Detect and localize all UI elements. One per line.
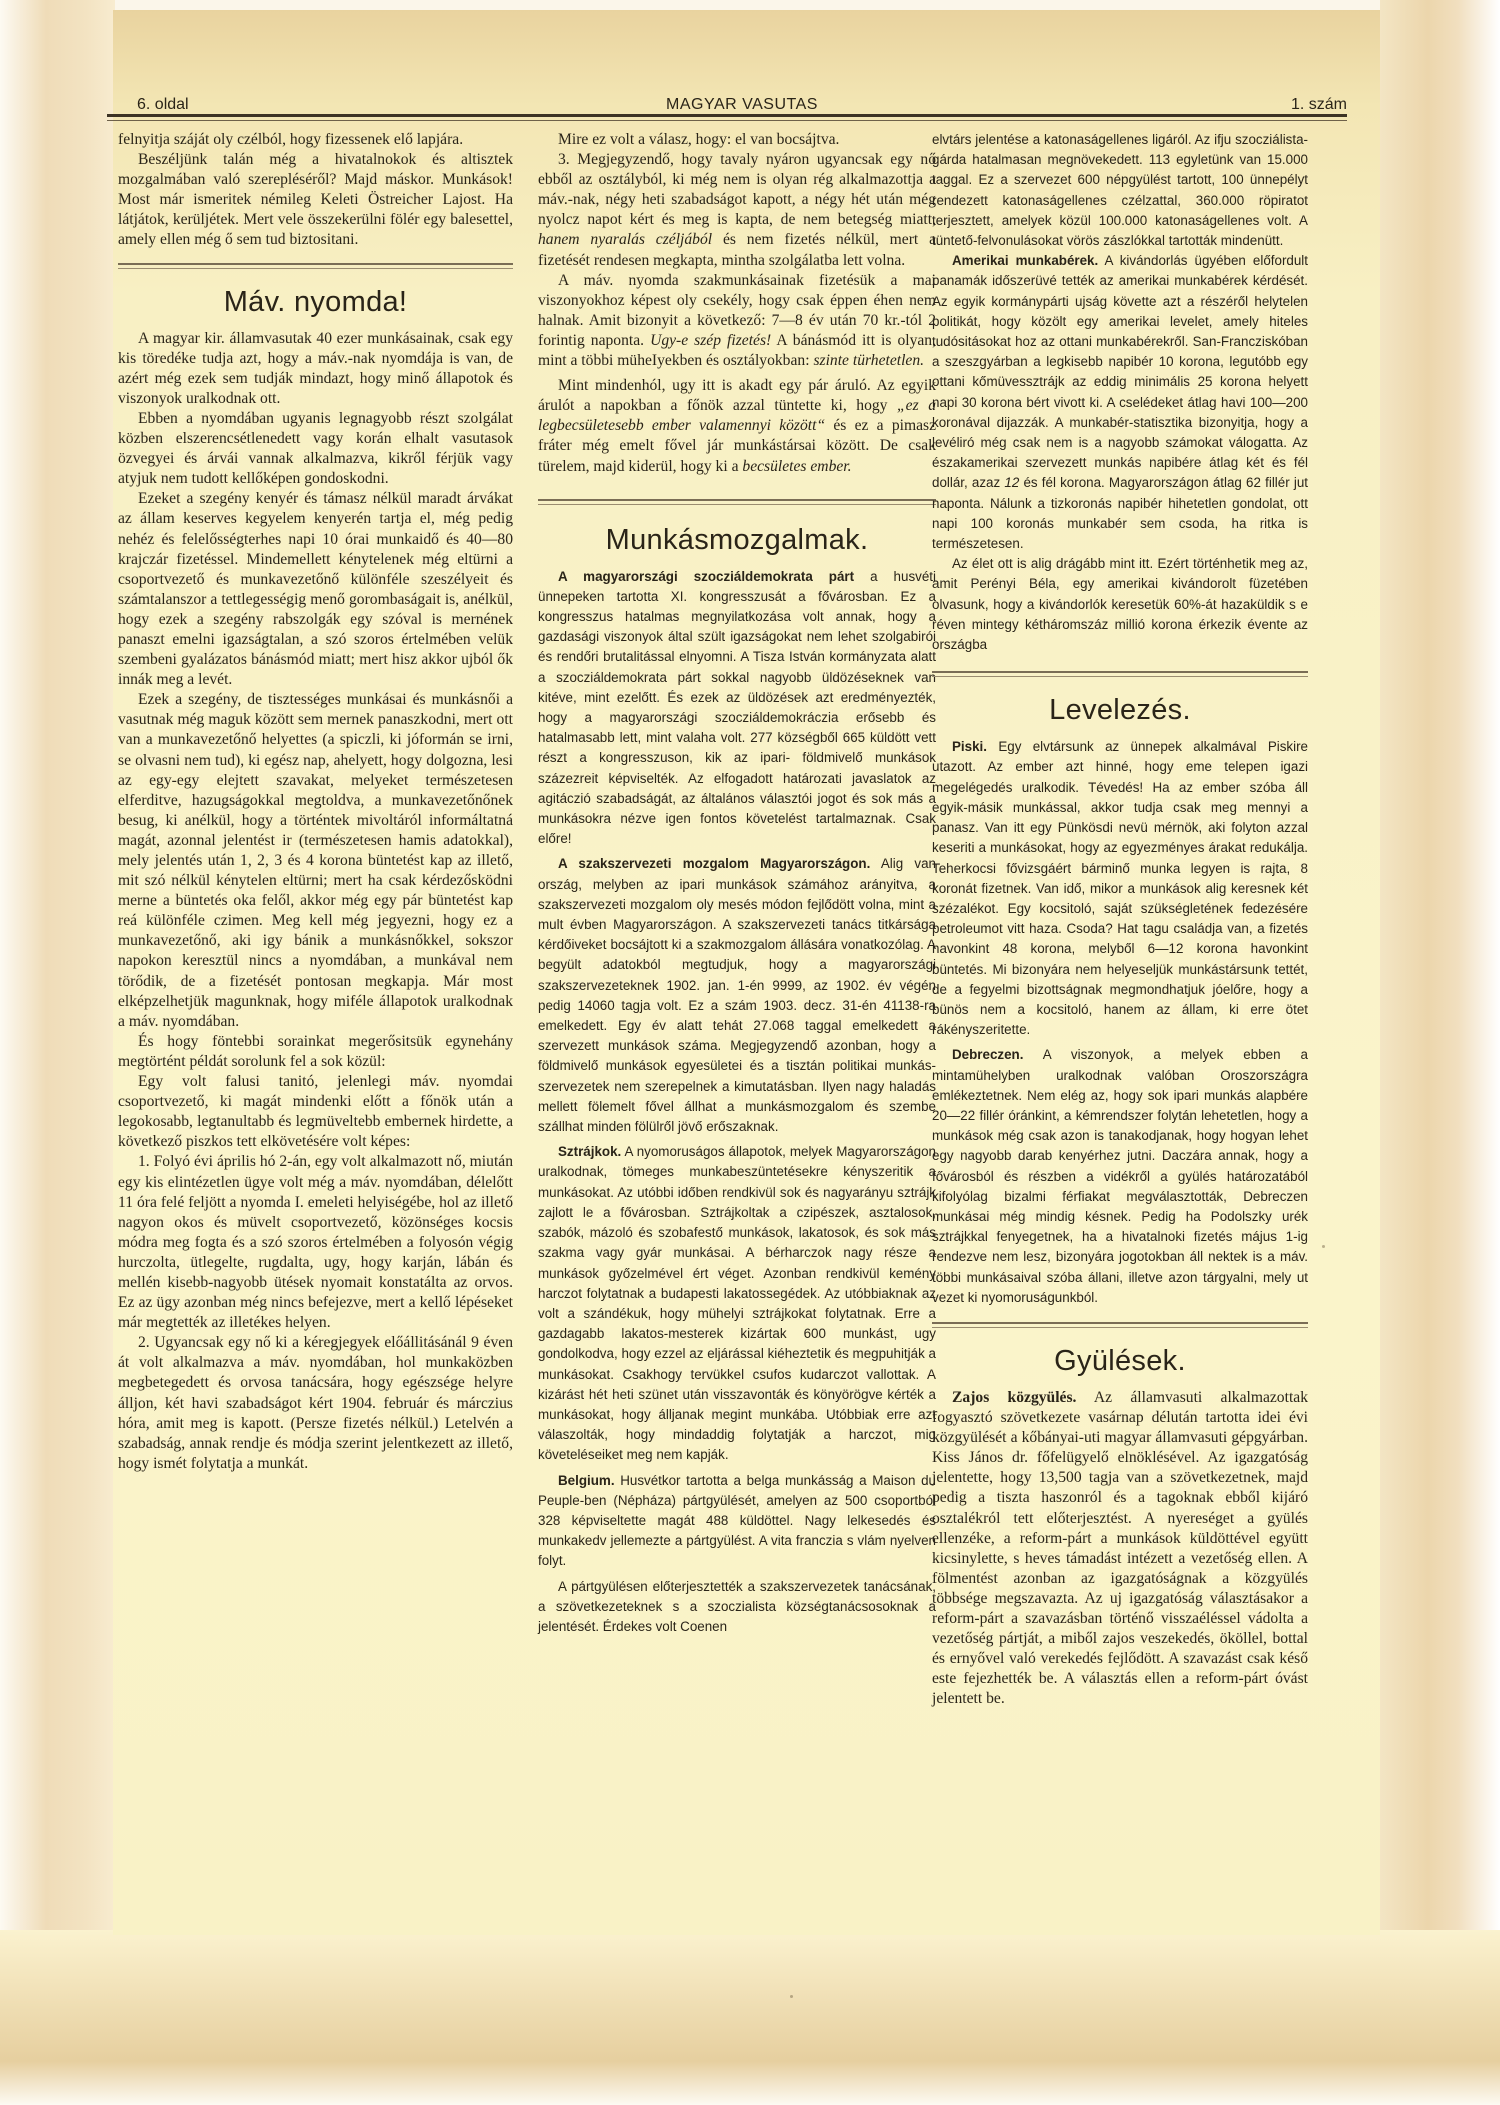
italic-text: Ugy-e szép fizetés! <box>650 332 771 349</box>
paragraph: Sztrájkok. A nyomoruságos állapotok, mel… <box>538 1142 936 1465</box>
meetings-body: Zajos közgyülés. Az államvasuti alkalmaz… <box>932 1388 1308 1710</box>
paragraph: Belgium. Husvétkor tartotta a belga munk… <box>538 1471 936 1572</box>
text: Egy elvtársunk az ünnepek alkalmával Pis… <box>932 739 1308 1037</box>
paragraph: A szakszervezeti mozgalom Magyarországon… <box>538 854 936 1137</box>
paragraph: A máv. nyomda szakmunkásainak fizetésük … <box>538 271 936 371</box>
column-2: Mire ez volt a válasz, hogy: el van bocs… <box>538 130 936 1637</box>
text: a husvéti ünnepeken tartotta XI. kongres… <box>538 569 936 847</box>
column-1: felnyitja száját oly czélból, hogy fizes… <box>118 130 513 1474</box>
italic-text: szinte türhetetlen. <box>813 352 924 369</box>
text: Mint mindenhól, ugy itt is akadt egy pár… <box>538 377 936 414</box>
paragraph: A magyar kir. államvasutak 40 ezer munká… <box>118 329 513 409</box>
paragraph: 1. Folyó évi április hó 2-án, egy volt a… <box>118 1152 513 1333</box>
labor-movements-body: A magyarországi szocziáldemokrata párt a… <box>538 567 936 1638</box>
page-header: 6. oldal MAGYAR VASUTAS 1. szám <box>137 88 1347 114</box>
text: Alig van ország, melyben az ipari munkás… <box>538 856 936 1134</box>
left-margin-stain <box>0 0 115 2105</box>
paragraph: A pártgyülésen előterjesztették a szaksz… <box>538 1577 936 1638</box>
text: A nyomoruságos állapotok, melyek Magyaro… <box>538 1144 936 1462</box>
paragraph: elvtárs jelentése a katonaságellenes lig… <box>932 130 1308 251</box>
paragraph: A magyarországi szocziáldemokrata párt a… <box>538 567 936 850</box>
paragraph: Ezek a szegény, de tisztességes munkásai… <box>118 690 513 1032</box>
text: A kivándorlás ügyében előfordult panamák… <box>932 253 1308 490</box>
publication-title: MAGYAR VASUTAS <box>137 96 1347 114</box>
section-divider <box>932 1322 1308 1328</box>
right-margin-stain <box>1380 0 1500 2105</box>
paper-speck <box>1322 1245 1325 1248</box>
paragraph: Az élet ott is alig drágább mint itt. Ez… <box>932 554 1308 655</box>
article-heading-gyulesek: Gyülések. <box>932 1344 1308 1378</box>
subsection-title: Debreczen. <box>952 1047 1023 1062</box>
paragraph: Zajos közgyülés. Az államvasuti alkalmaz… <box>932 1388 1308 1710</box>
section-divider <box>118 263 513 269</box>
paragraph: Egy volt falusi tanitó, jelenlegi máv. n… <box>118 1072 513 1152</box>
text: Az államvasuti alkalmazottak fogyasztó s… <box>932 1389 1308 1707</box>
paragraph: 3. Megjegyzendő, hogy tavaly nyáron ugya… <box>538 150 936 271</box>
subsection-title: Zajos közgyülés. <box>952 1389 1076 1406</box>
paper-speck <box>160 980 163 983</box>
italic-text: 12 <box>1004 475 1019 490</box>
section-divider <box>932 671 1308 677</box>
paragraph: felnyitja száját oly czélból, hogy fizes… <box>118 130 513 150</box>
article-heading-mav-nyomda: Máv. nyomda! <box>118 285 513 319</box>
paragraph: Piski. Egy elvtársunk az ünnepek alkalmá… <box>932 737 1308 1040</box>
paragraph: Amerikai munkabérek. A kivándorlás ügyéb… <box>932 251 1308 554</box>
section-divider <box>538 499 936 505</box>
column-3: elvtárs jelentése a katonaságellenes lig… <box>932 130 1308 1709</box>
paragraph: És hogy föntebbi sorainkat megerősitsük … <box>118 1032 513 1072</box>
paragraph: Ezeket a szegény kenyér és támasz nélkül… <box>118 489 513 690</box>
subsection-title: Sztrájkok. <box>558 1144 621 1159</box>
subsection-title: A szakszervezeti mozgalom Magyarországon… <box>558 856 870 871</box>
paragraph: Beszéljünk talán még a hivatalnokok és a… <box>118 150 513 250</box>
text: A viszonyok, a melyek ebben a mintamühel… <box>932 1047 1308 1304</box>
subsection-title: Amerikai munkabérek. <box>952 253 1098 268</box>
subsection-title: A magyarországi szocziáldemokrata párt <box>558 569 854 584</box>
paper-speck <box>790 1995 793 1998</box>
article-heading-munkasmozgalmak: Munkásmozgalmak. <box>538 523 936 557</box>
paragraph: 2. Ugyancsak egy nő ki a kéregjegyek elő… <box>118 1333 513 1474</box>
article-heading-levelezes: Levelezés. <box>932 693 1308 727</box>
bottom-edge-stain <box>0 1930 1500 2105</box>
italic-text: hanem nyaralás czéljából <box>538 231 712 248</box>
paragraph: Ebben a nyomdában ugyanis legnagyobb rés… <box>118 409 513 489</box>
text: 3. Megjegyzendő, hogy tavaly nyáron ugya… <box>538 151 936 228</box>
italic-text: becsületes ember. <box>742 458 851 475</box>
header-rule <box>107 114 1347 121</box>
paragraph: Debreczen. A viszonyok, a melyek ebben a… <box>932 1045 1308 1308</box>
paragraph: Mint mindenhól, ugy itt is akadt egy pár… <box>538 376 936 476</box>
subsection-title: Piski. <box>952 739 987 754</box>
subsection-title: Belgium. <box>558 1473 615 1488</box>
paragraph: Mire ez volt a válasz, hogy: el van bocs… <box>538 130 936 150</box>
